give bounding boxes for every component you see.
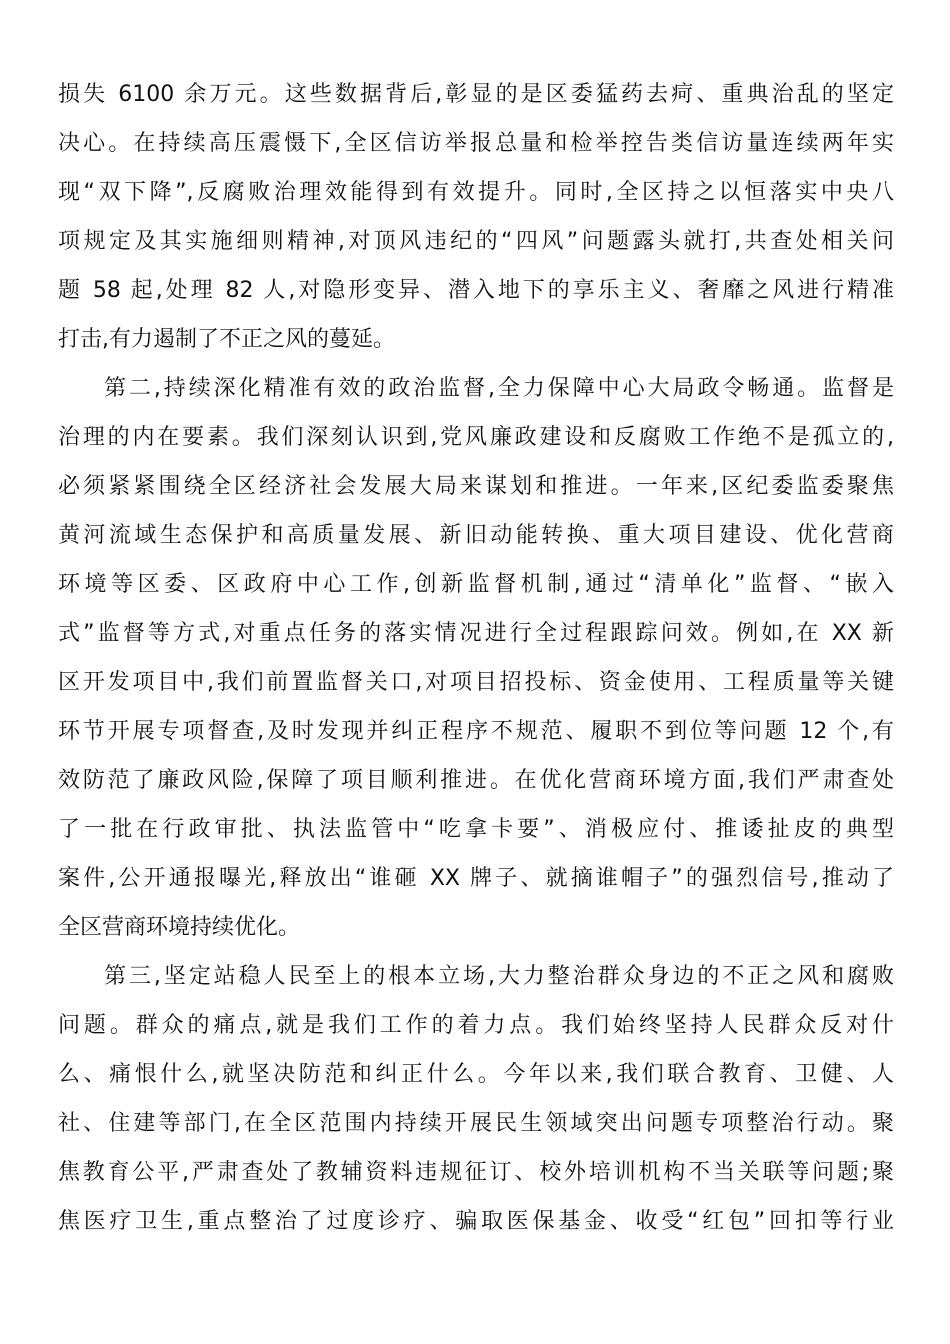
text-line: 第二,持续深化精准有效的政治监督,全力保障中心大局政令畅通。监督是	[58, 364, 894, 413]
text-line: 决心。在持续高压震慑下,全区信访举报总量和检举控告类信访量连续两年实	[58, 119, 894, 168]
paragraph-second-point: 第二,持续深化精准有效的政治监督,全力保障中心大局政令畅通。监督是 治理的内在要…	[58, 364, 894, 952]
text-line: 效防范了廉政风险,保障了项目顺利推进。在优化营商环境方面,我们严肃查处	[58, 756, 894, 805]
text-line: 社、住建等部门,在全区范围内持续开展民生领域突出问题专项整治行动。聚	[58, 1099, 894, 1148]
text-line: 问题。群众的痛点,就是我们工作的着力点。我们始终坚持人民群众反对什	[58, 1001, 894, 1050]
text-line: 第三,坚定站稳人民至上的根本立场,大力整治群众身边的不正之风和腐败	[58, 952, 894, 1001]
text-line: 焦医疗卫生,重点整治了过度诊疗、骗取医保基金、收受“红包”回扣等行业	[58, 1197, 894, 1246]
text-line: 题 58 起,处理 82 人,对隐形变异、潜入地下的享乐主义、奢靡之风进行精准	[58, 266, 894, 315]
text-line: 治理的内在要素。我们深刻认识到,党风廉政建设和反腐败工作绝不是孤立的,	[58, 413, 894, 462]
text-line: 现“双下降”,反腐败治理效能得到有效提升。同时,全区持之以恒落实中央八	[58, 168, 894, 217]
text-line: 了一批在行政审批、执法监管中“吃拿卡要”、消极应付、推诿扯皮的典型	[58, 805, 894, 854]
text-line: 全区营商环境持续优化。	[58, 903, 894, 952]
text-line: 黄河流域生态保护和高质量发展、新旧动能转换、重大项目建设、优化营商	[58, 511, 894, 560]
paragraph-third-point: 第三,坚定站稳人民至上的根本立场,大力整治群众身边的不正之风和腐败 问题。群众的…	[58, 952, 894, 1246]
paragraph-continuation: 损失 6100 余万元。这些数据背后,彰显的是区委猛药去疴、重典治乱的坚定 决心…	[58, 70, 894, 364]
text-line: 必须紧紧围绕全区经济社会发展大局来谋划和推进。一年来,区纪委监委聚焦	[58, 462, 894, 511]
text-line: 打击,有力遏制了不正之风的蔓延。	[58, 315, 894, 364]
document-page: 损失 6100 余万元。这些数据背后,彰显的是区委猛药去疴、重典治乱的坚定 决心…	[58, 70, 894, 1246]
text-line: 项规定及其实施细则精神,对顶风违纪的“四风”问题露头就打,共查处相关问	[58, 217, 894, 266]
text-line: 么、痛恨什么,就坚决防范和纠正什么。今年以来,我们联合教育、卫健、人	[58, 1050, 894, 1099]
text-line: 案件,公开通报曝光,释放出“谁砸 XX 牌子、就摘谁帽子”的强烈信号,推动了	[58, 854, 894, 903]
text-line: 式”监督等方式,对重点任务的落实情况进行全过程跟踪问效。例如,在 XX 新	[58, 609, 894, 658]
text-line: 环节开展专项督查,及时发现并纠正程序不规范、履职不到位等问题 12 个,有	[58, 707, 894, 756]
text-line: 焦教育公平,严肃查处了教辅资料违规征订、校外培训机构不当关联等问题;聚	[58, 1148, 894, 1197]
text-line: 区开发项目中,我们前置监督关口,对项目招投标、资金使用、工程质量等关键	[58, 658, 894, 707]
text-line: 损失 6100 余万元。这些数据背后,彰显的是区委猛药去疴、重典治乱的坚定	[58, 70, 894, 119]
text-line: 环境等区委、区政府中心工作,创新监督机制,通过“清单化”监督、“嵌入	[58, 560, 894, 609]
